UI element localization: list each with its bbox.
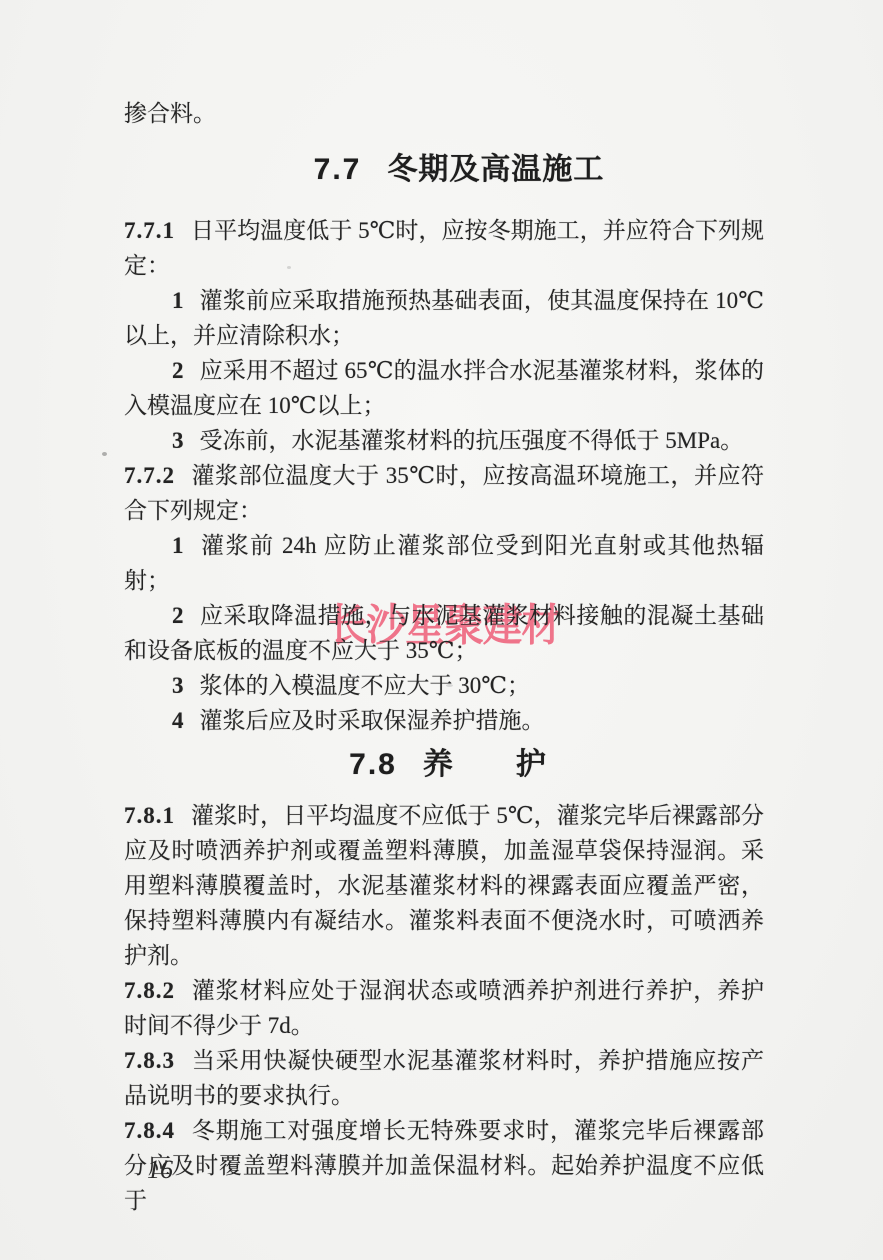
item-text: 灌浆前应采取措施预热基础表面，使其温度保持在 10℃以上，并应清除积水； xyxy=(124,288,764,348)
item-number: 3 xyxy=(172,428,184,453)
clause-text: 灌浆材料应处于湿润状态或喷洒养护剂进行养护，养护时间不得少于 7d。 xyxy=(124,978,764,1038)
section-number: 7.7 xyxy=(314,153,362,186)
clause-7-8-2: 7.8.2灌浆材料应处于湿润状态或喷洒养护剂进行养护，养护时间不得少于 7d。 xyxy=(124,973,764,1043)
item-number: 4 xyxy=(172,708,184,733)
clause-number: 7.8.1 xyxy=(124,803,175,828)
clause-number: 7.7.1 xyxy=(124,218,175,243)
clause-7-8-4: 7.8.4冬期施工对强度增长无特殊要求时，灌浆完毕后裸露部分应及时覆盖塑料薄膜并… xyxy=(124,1113,764,1218)
item-text: 灌浆后应及时采取保湿养护措施。 xyxy=(200,708,545,733)
item-number: 2 xyxy=(172,603,184,628)
clause-7-7-2-item-4: 4灌浆后应及时采取保湿养护措施。 xyxy=(124,703,764,738)
clause-number: 7.8.3 xyxy=(124,1048,175,1073)
clause-text: 日平均温度低于 5℃时，应按冬期施工，并应符合下列规定： xyxy=(124,218,764,278)
clause-text: 冬期施工对强度增长无特殊要求时，灌浆完毕后裸露部分应及时覆盖塑料薄膜并加盖保温材… xyxy=(124,1118,764,1213)
clause-7-7-1-item-2: 2应采用不超过 65℃的温水拌合水泥基灌浆材料，浆体的入模温度应在 10℃以上； xyxy=(124,353,764,423)
clause-7-7-1-item-1: 1灌浆前应采取措施预热基础表面，使其温度保持在 10℃以上，并应清除积水； xyxy=(124,283,764,353)
page-content: 掺合料。 7.7冬期及高温施工 7.7.1日平均温度低于 5℃时，应按冬期施工，… xyxy=(124,0,764,1218)
item-number: 1 xyxy=(172,533,184,558)
item-text: 灌浆前 24h 应防止灌浆部位受到阳光直射或其他热辐射； xyxy=(124,533,764,593)
clause-7-7-1-item-3: 3受冻前，水泥基灌浆材料的抗压强度不得低于 5MPa。 xyxy=(124,423,764,458)
item-text: 应采取降温措施，与水泥基灌浆材料接触的混凝土基础和设备底板的温度不应大于 35℃… xyxy=(124,603,764,663)
section-title: 冬期及高温施工 xyxy=(387,153,604,186)
section-heading-7-8: 7.8养 护 xyxy=(124,744,764,786)
item-text: 浆体的入模温度不应大于 30℃； xyxy=(200,673,530,698)
item-text: 受冻前，水泥基灌浆材料的抗压强度不得低于 5MPa。 xyxy=(200,428,744,453)
item-number: 2 xyxy=(172,358,184,383)
paragraph-continuation-fragment: 掺合料。 xyxy=(124,96,764,131)
clause-text: 灌浆时，日平均温度不应低于 5℃，灌浆完毕后裸露部分应及时喷洒养护剂或覆盖塑料薄… xyxy=(124,803,764,968)
scan-speck xyxy=(102,452,107,456)
clause-number: 7.7.2 xyxy=(124,463,175,488)
section-title: 养 护 xyxy=(423,748,547,781)
scanned-document-page: 长沙星聚建材 掺合料。 7.7冬期及高温施工 7.7.1日平均温度低于 5℃时，… xyxy=(0,0,883,1260)
section-number: 7.8 xyxy=(349,748,397,781)
clause-number: 7.8.4 xyxy=(124,1118,175,1143)
clause-text: 灌浆部位温度大于 35℃时，应按高温环境施工，并应符合下列规定： xyxy=(124,463,764,523)
clause-number: 7.8.2 xyxy=(124,978,175,1003)
item-number: 1 xyxy=(172,288,184,313)
item-number: 3 xyxy=(172,673,184,698)
page-number: 16 xyxy=(147,1155,173,1185)
section-heading-7-7: 7.7冬期及高温施工 xyxy=(124,149,764,191)
clause-text: 当采用快凝快硬型水泥基灌浆材料时，养护措施应按产品说明书的要求执行。 xyxy=(124,1048,764,1108)
clause-7-8-1: 7.8.1灌浆时，日平均温度不应低于 5℃，灌浆完毕后裸露部分应及时喷洒养护剂或… xyxy=(124,798,764,973)
clause-7-7-2: 7.7.2灌浆部位温度大于 35℃时，应按高温环境施工，并应符合下列规定： xyxy=(124,458,764,528)
clause-7-7-2-item-1: 1灌浆前 24h 应防止灌浆部位受到阳光直射或其他热辐射； xyxy=(124,528,764,598)
clause-7-7-2-item-3: 3浆体的入模温度不应大于 30℃； xyxy=(124,668,764,703)
clause-7-8-3: 7.8.3当采用快凝快硬型水泥基灌浆材料时，养护措施应按产品说明书的要求执行。 xyxy=(124,1043,764,1113)
item-text: 应采用不超过 65℃的温水拌合水泥基灌浆材料，浆体的入模温度应在 10℃以上； xyxy=(124,358,764,418)
clause-7-7-2-item-2: 2应采取降温措施，与水泥基灌浆材料接触的混凝土基础和设备底板的温度不应大于 35… xyxy=(124,598,764,668)
clause-7-7-1: 7.7.1日平均温度低于 5℃时，应按冬期施工，并应符合下列规定： xyxy=(124,213,764,283)
